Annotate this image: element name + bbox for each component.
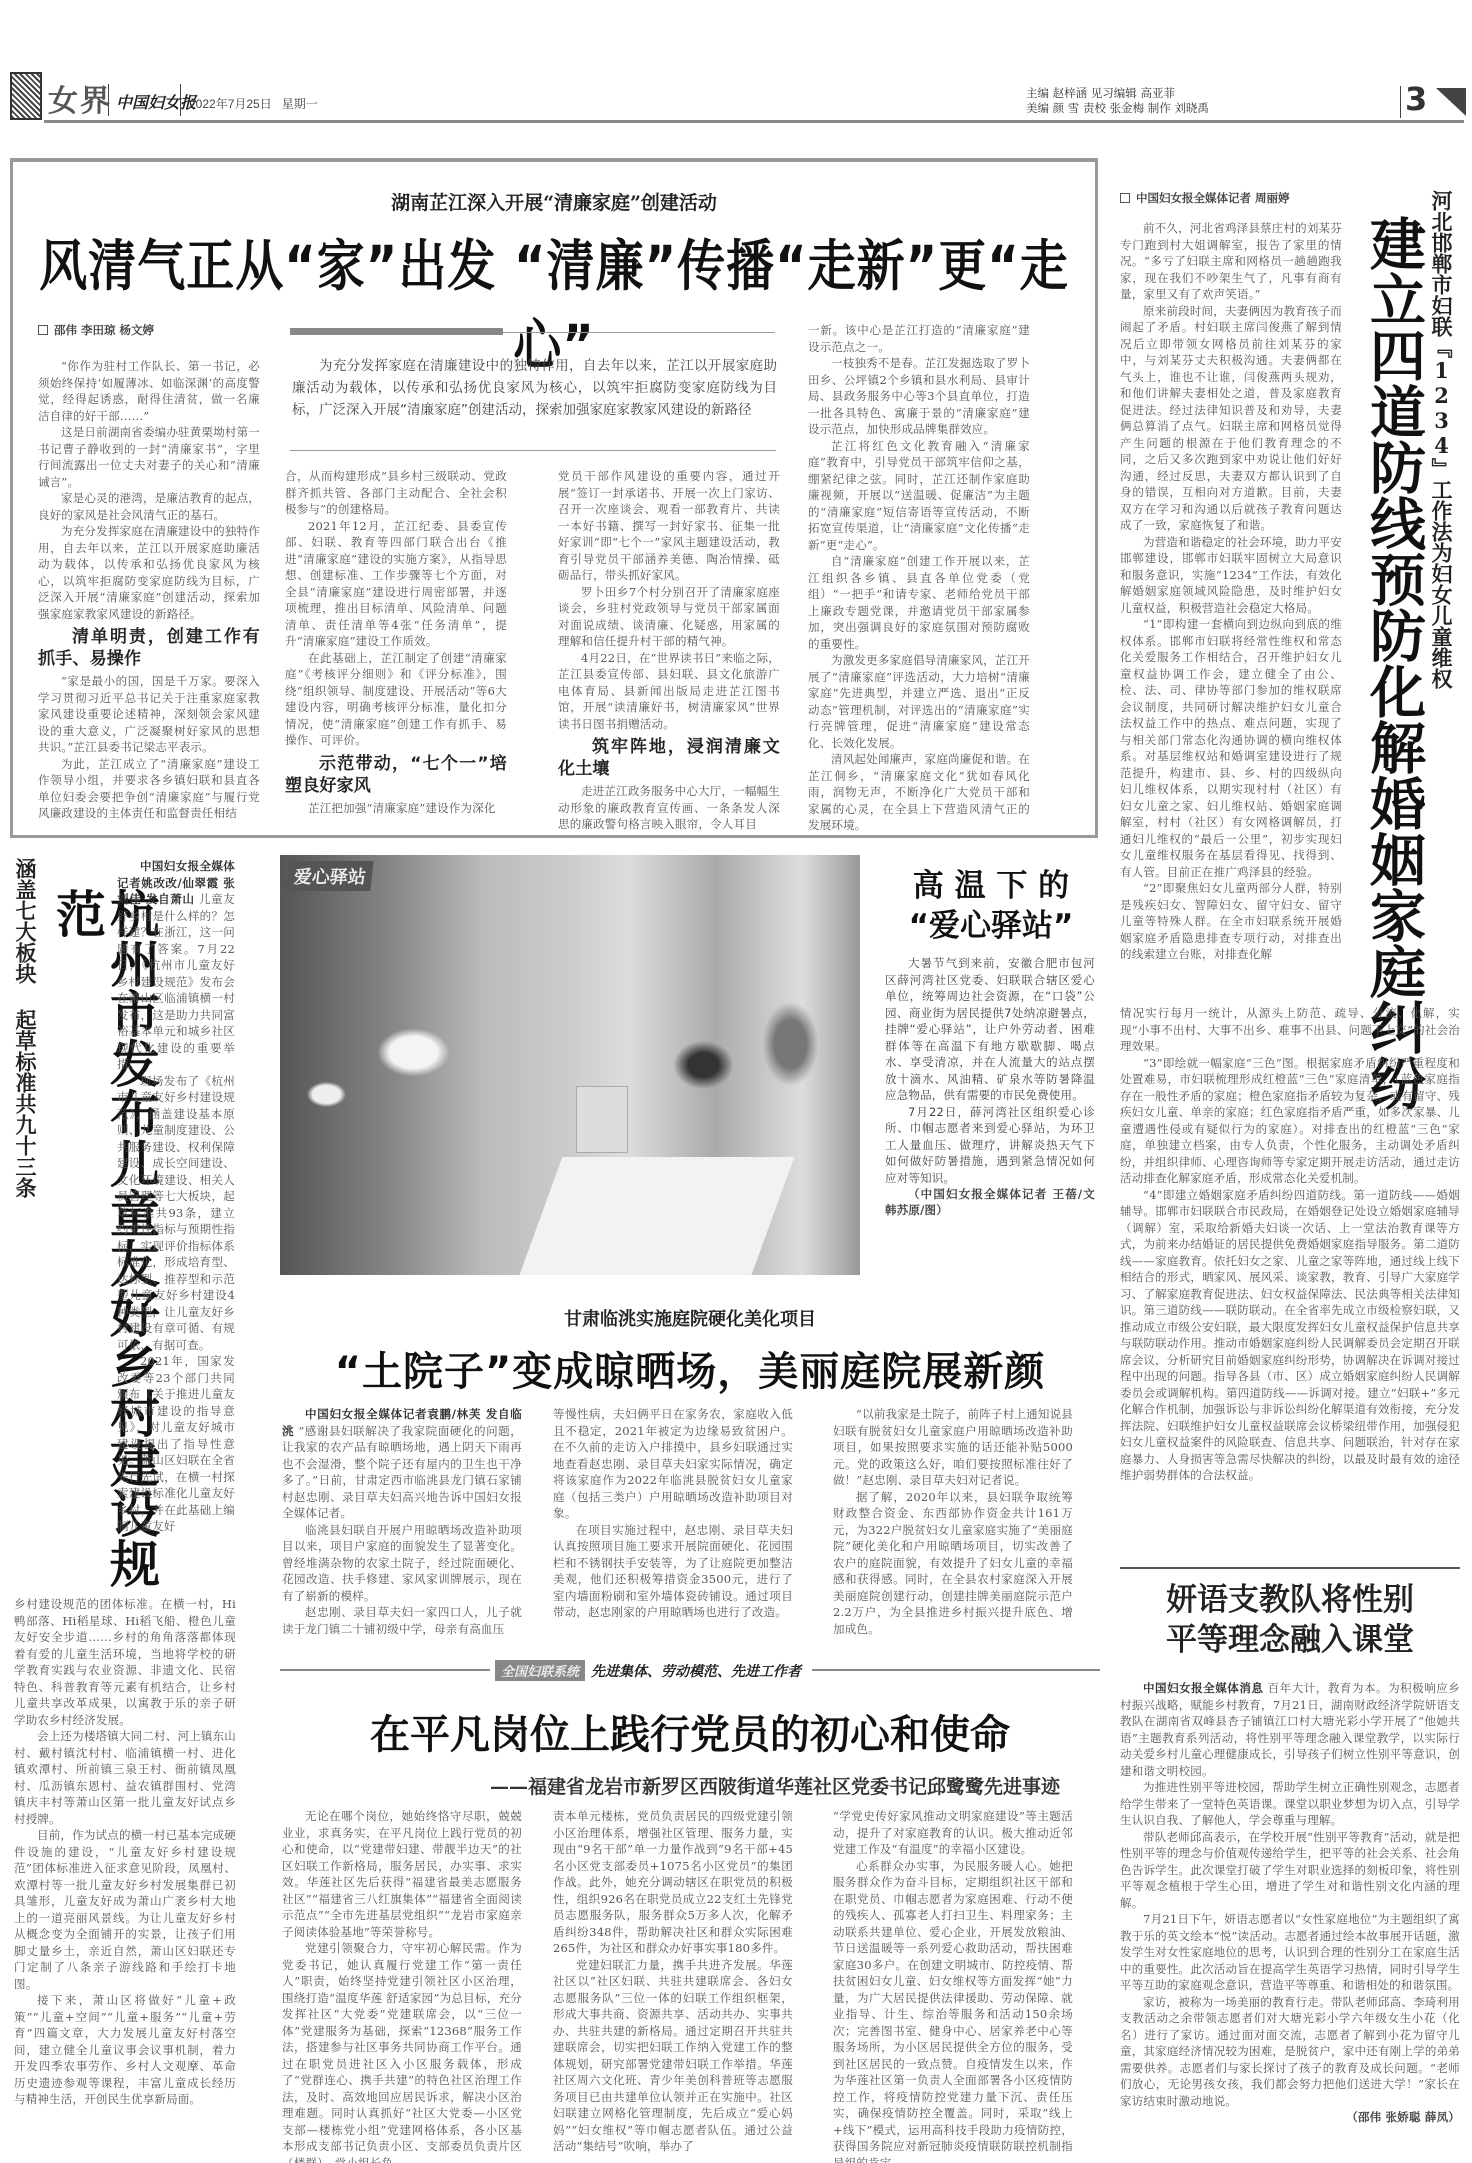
paragraph: 在项目实施过程中，赵忠刚、录目草夫妇认真按照项目施工要求开展院面硬化、花园围栏和… — [553, 1522, 793, 1621]
paragraph: 2021年，国家发改委等23个部门共同颁布《关于推进儿童友好城市建设的指导意见》… — [117, 1353, 235, 1535]
paragraph: 等慢性病，夫妇俩平日在家务农，家庭收入低且不稳定，2021年被定为边缘易致贫困户… — [553, 1406, 793, 1522]
paragraph: 无论在哪个岗位，她始终恪守尽职，兢兢业业，求真务实，在平凡岗位上践行党员的初心和… — [282, 1808, 522, 1940]
byline-text: 邵伟 李田琼 杨文婷 — [54, 323, 154, 337]
article-lianjia-col3: 党员干部作风建设的重要内容，通过开展“签订一封承诺书、开展一次上门家访、召开一次… — [558, 468, 780, 833]
section-rule-right — [812, 1669, 1100, 1671]
paragraph: 乡村建设规范的团体标准。在横一村，Hi鸭部落、Hi稻星球、Hi稻飞船、橙色儿童友… — [14, 1596, 236, 1728]
article-fujian-col3: “学党史传好家风推动文明家庭建设”等主题活动，提升了对家庭教育的认识。极大推动近… — [833, 1808, 1073, 2163]
paragraph: “1”即构建一套横向到边纵向到底的维权体系。邯郸市妇联将经常性维权和常态化关爱服… — [1120, 616, 1342, 880]
paragraph: “以前我家是土院子，前阵子村上通知说县妇联有脱贫妇女儿童家庭户用晾晒场改造补助项… — [833, 1406, 1073, 1489]
masthead-divider — [108, 84, 109, 116]
article-handan-body-wide: 情况实行每月一统计，从源头上防范、疏导、分流、化解，实现“小事不出村、大事不出乡… — [1120, 1005, 1460, 1484]
paragraph: 责本单元楼栋，党员负责居民的四级党建引领小区治理体系，增强社区管理、服务力量，实… — [553, 1808, 793, 1957]
paragraph: 走进芷江政务服务中心大厅，一幅幅生动形象的廉政教育宣传画、一条条发人深思的廉政警… — [558, 783, 780, 833]
paragraph: 为激发更多家庭倡导清廉家风，芷江开展了“清廉家庭”评选活动，大力培树“清廉家庭”… — [808, 652, 1030, 751]
section-title: 先进集体、劳动模范、先进工作者 — [591, 1664, 801, 1680]
article-aixin-headline: 高 温 下 的 “爱心驿站” — [886, 866, 1096, 946]
article-credit: （邵伟 张娇聪 薛凤） — [1120, 2109, 1460, 2125]
paragraph: 赵忠刚、录目草夫妇一家四口人，儿子就读于龙门镇二十铺初级中学，母亲有高血压 — [282, 1604, 522, 1637]
article-yanyu-top-rule — [1120, 1567, 1460, 1569]
article-fujian-headline: 在平凡岗位上践行党员的初心和使命 — [280, 1703, 1100, 1760]
paragraph: 临洮县妇联自开展户用晾晒场改造补助项目以来，项目户家庭的面貌发生了显著变化。曾经… — [282, 1522, 522, 1605]
article-fujian-col2: 责本单元楼栋，党员负责居民的四级党建引领小区治理体系，增强社区管理、服务力量，实… — [553, 1808, 793, 2155]
section-name: 女界 — [48, 76, 112, 120]
paragraph: 家访，被称为一场美丽的教育行走。带队老师邱高、李琦利用支教活动之余带领志愿者们对… — [1120, 1994, 1460, 2110]
paragraph: 2021年12月，芷江纪委、县委宣传部、妇联、教育等四部门联合出台《推进“清廉家… — [285, 518, 507, 650]
page-number: 3 — [1405, 80, 1427, 118]
aixin-station-photo[interactable]: 爱心驿站 — [280, 855, 860, 1275]
section-rule-left — [280, 1669, 490, 1671]
paragraph: 大暑节气到来前，安徽合肥市包河区薛河湾社区党委、妇联联合辖区爱心单位，统筹周边社… — [885, 955, 1095, 1104]
headline-line-1: 高 温 下 的 — [886, 866, 1096, 906]
byline-text: 中国妇女报全媒体记者 周丽婷 — [1136, 191, 1290, 205]
paragraph: 这是日前湖南省委编办驻黄栗坳村第一书记曹子静收到的一封“清廉家书”，字里行间流露… — [38, 424, 260, 490]
qr-code-icon[interactable] — [10, 72, 42, 120]
paragraph: 心系群众办实事，为民服务暖人心。她把服务群众作为奋斗目标，定期组织社区干部和在职… — [833, 1858, 1073, 2163]
paragraph: 党建妇联汇力量，携手共进齐发展。华莲社区以“社区妇联、共驻共建联席会、各妇女志愿… — [553, 1957, 793, 2155]
paragraph: 为此，芷江成立了“清廉家庭”建设工作领导小组，并要求各乡镇妇联和县直各单位妇委会… — [38, 756, 260, 822]
article-hangzhou-body-wide: 乡村建设规范的团体标准。在横一村，Hi鸭部落、Hi稻星球、Hi稻飞船、橙色儿童友… — [14, 1596, 236, 2108]
date-text: 2022年7月25日 — [189, 97, 272, 111]
paragraph: 原来前段时间，夫妻俩因为教育孩子而闹起了矛盾。村妇联主席闫俊燕了解到情况后立即带… — [1120, 303, 1342, 534]
paragraph: 目前，作为试点的横一村已基本完成硬件设施的建设，“儿童友好乡村建设规范”团体标准… — [14, 1827, 236, 1992]
paragraph: “学党史传好家风推动文明家庭建设”等主题活动，提升了对家庭教育的认识。极大推动近… — [833, 1808, 1073, 1858]
summary-top-rule — [503, 332, 775, 333]
paragraph: 现场发布了《杭州市儿童友好乡村建设规范》，涵盖建设基本原则、儿童制度建设、公共服… — [117, 1073, 235, 1354]
paragraph: “3”即绘就一幅家庭“三色”图。根据家庭矛盾纠纷严重程度和处置难易，市妇联梳理形… — [1120, 1055, 1460, 1187]
article-fujian-subheadline: ——福建省龙岩市新罗区西陂街道华莲社区党委书记邱鹭鹭先进事迹 — [400, 1772, 1100, 1799]
article-lianjia-col1: “你作为驻村工作队长、第一书记，必须始终保持‘如履薄冰、如临深渊’的高度警觉，经… — [38, 358, 260, 822]
article-gansu-kicker: 甘肃临洮实施庭院硬化美化项目 — [280, 1305, 1100, 1331]
paragraph: “家是最小的国，国是千万家。要深入学习贯彻习近平总书记关于注重家庭家教家风建设重… — [38, 673, 260, 756]
masthead-rule — [44, 120, 1464, 123]
article-gansu-col3: “以前我家是土院子，前阵子村上通知说县妇联有脱贫妇女儿童家庭户用晾晒场改造补助项… — [833, 1406, 1073, 1637]
paragraph: 芷江将红色文化教育融入“清廉家庭”教育中，引导党员干部筑牢信仰之基，绷紧纪律之弦… — [808, 438, 1030, 554]
paragraph: 合，从而构建形成“县乡村三级联动、党政群齐抓共管、各部门主动配合、全社会积极参与… — [285, 468, 507, 518]
article-lianjia-byline: 邵伟 李田琼 杨文婷 — [38, 322, 154, 338]
summary-top-bar — [290, 328, 503, 335]
paragraph: 为推进性别平等进校园，帮助学生树立正确性别观念，志愿者给学生带来了一堂特色英语课… — [1120, 1779, 1460, 1829]
photo-sign-text: 爱心驿站 — [286, 861, 373, 891]
article-handan-byline: 中国妇女报全媒体记者 周丽婷 — [1120, 190, 1290, 206]
section-tag: 全国妇联系统 — [495, 1660, 585, 1681]
paragraph: 7月22日，薛河湾社区组织爱心诊所、巾帼志愿者来到爱心驿站，为环卫工人量血压、做… — [885, 1104, 1095, 1187]
paragraph: 一新。该中心是芷江打造的“清廉家庭”建设示范点之一。 — [808, 322, 1030, 355]
article-hangzhou-kicker: 涵盖七大板块 起草标准共九十三条 — [12, 858, 38, 1278]
credits-line-2: 美编 颜 雪 责校 张金梅 制作 刘晓禹 — [1026, 101, 1209, 116]
photo-table — [520, 1157, 795, 1275]
masthead-divider — [180, 84, 181, 116]
paragraph: “4”即建立婚姻家庭矛盾纠纷四道防线。第一道防线——婚姻辅导。邯郸市妇联联合市民… — [1120, 1187, 1460, 1484]
paragraph: 党员干部作风建设的重要内容，通过开展“签订一封承诺书、开展一次上门家访、召开一次… — [558, 468, 780, 584]
paragraph: 罗卜田乡7个村分别召开了清廉家庭座谈会，乡驻村党政领导与党员干部家属面对面说成绩… — [558, 584, 780, 650]
credits-line-1: 主编 赵梓涵 见习编辑 高亚菲 — [1026, 86, 1209, 101]
page-corner-triangle-icon — [1436, 88, 1466, 116]
article-handan-body-narrow: 前不久，河北省鸡泽县蔡庄村的刘某芬专门跑到村大姐调解室，报告了家里的情况。“多亏… — [1120, 220, 1342, 963]
paragraph: 自“清廉家庭”创建工作开展以来，芷江组织各乡镇、县直各单位党委（党组）“一把手”… — [808, 553, 1030, 652]
photo-credit: （中国妇女报全媒体记者 王蓓/文 韩苏原/图） — [885, 1186, 1095, 1218]
page-num-divider — [1400, 86, 1401, 118]
paragraph: 4月22日，在“世界读书日”来临之际，芷江县委宣传部、县妇联、县文化旅游广电体育… — [558, 650, 780, 733]
headline-line-1: 妍语支教队将性别 — [1120, 1580, 1460, 1620]
paragraph-text: 儿童友好乡村是什么样的？怎样建？在浙江，这一问题有了答案。7月22日，《杭州市儿… — [117, 892, 235, 1071]
paragraph: 清风起处闻廉声，家庭尚廉促和谐。在芷江侗乡，“清廉家庭文化”犹如春风化雨，润物无… — [808, 751, 1030, 834]
paragraph-text: 百年大计，教育为本。为积极响应乡村振兴战略，赋能乡村教育，7月21日，湖南财政经… — [1120, 1681, 1460, 1778]
article-lianjia-kicker: 湖南芷江深入开展“清廉家庭”创建活动 — [10, 188, 1098, 215]
paragraph: 接下来，萧山区将做好“儿童+政策”“儿童+空间”“儿童+服务”“儿童+劳育”四篇… — [14, 1992, 236, 2108]
photo-blood-pressure-box — [576, 1086, 628, 1153]
subheading: 筑牢阵地，浸润清廉文化土壤 — [558, 736, 780, 780]
subheading: 清单明责，创建工作有抓手、易操作 — [38, 626, 260, 670]
paragraph: 7月21日下午，妍语志愿者以“女性家庭地位”为主题组织了寓教于乐的英文绘本“悦”… — [1120, 1911, 1460, 1994]
paragraph: 情况实行每月一统计，从源头上防范、疏导、分流、化解，实现“小事不出村、大事不出乡… — [1120, 1005, 1460, 1055]
paragraph: 党建引领聚合力，守牢初心解民需。作为党委书记，她认真履行党建工作“第一责任人”职… — [282, 1940, 522, 2163]
editor-credits: 主编 赵梓涵 见习编辑 高亚菲 美编 颜 雪 责校 张金梅 制作 刘晓禹 — [1026, 86, 1209, 116]
subheading: 示范带动，“七个一”培塑良好家风 — [285, 753, 507, 797]
article-handan-kicker: 河北邯郸市妇联『1234』工作法为妇女儿童维权 — [1428, 190, 1454, 690]
paper-logo: 中国妇女报 — [116, 90, 196, 113]
article-lianjia-col2: 合，从而构建形成“县乡村三级联动、党政群齐抓共管、各部门主动配合、全社会积极参与… — [285, 468, 507, 816]
paragraph: 在此基础上，芷江制定了创建“清廉家庭”《考核评分细则》和《评分标准》，围绕“组织… — [285, 650, 507, 749]
headline-line-2: “爱心驿站” — [886, 906, 1096, 946]
article-hangzhou-body-narrow: 中国妇女报全媒体记者姚改改/仙翠霞 张刘佳 发自萧山 儿童友好乡村是什么样的？怎… — [117, 858, 235, 1535]
article-gansu-col1: 中国妇女报全媒体记者袁鹏/林芙 发自临洮 “感谢县妇联解决了我家院面硬化的问题，… — [282, 1406, 522, 1637]
weekday-text: 星期一 — [282, 97, 318, 111]
paragraph: 中国妇女报全媒体记者姚改改/仙翠霞 张刘佳 发自萧山 儿童友好乡村是什么样的？怎… — [117, 858, 235, 1073]
paragraph: 一枝独秀不是春。芷江发掘选取了罗卜田乡、公坪镇2个乡镇和县水利局、县审计局、县政… — [808, 355, 1030, 438]
paragraph-text: “感谢县妇联解决了我家院面硬化的问题，让我家的农产品有晾晒场地，遇上阴天下雨再也… — [282, 1424, 522, 1521]
byline-box-icon — [38, 325, 48, 335]
paragraph: “你作为驻村工作队长、第一书记，必须始终保持‘如履薄冰、如临深渊’的高度警觉，经… — [38, 358, 260, 424]
article-gansu-col2: 等慢性病，夫妇俩平日在家务农，家庭收入低且不稳定，2021年被定为边缘易致贫困户… — [553, 1406, 793, 1621]
paragraph: 带队老师邱高表示，在学校开展“性别平等教育”活动，就是把性别平等的理念与价值观传… — [1120, 1829, 1460, 1912]
paragraph: 中国妇女报全媒体消息 百年大计，教育为本。为积极响应乡村振兴战略，赋能乡村教育，… — [1120, 1680, 1460, 1779]
article-yanyu-body: 中国妇女报全媒体消息 百年大计，教育为本。为积极响应乡村振兴战略，赋能乡村教育，… — [1120, 1680, 1460, 2125]
byline-box-icon — [1120, 193, 1130, 203]
paragraph: 为营造和谐稳定的社会环境，助力平安邯郸建设，邯郸市妇联牢固树立大局意识和服务意识… — [1120, 534, 1342, 617]
article-lianjia-summary: 为充分发挥家庭在清廉建设中的独特作用，自去年以来，芷江以开展家庭助廉活动为载体，… — [292, 355, 777, 421]
paragraph: 前不久，河北省鸡泽县蔡庄村的刘某芬专门跑到村大姐调解室，报告了家里的情况。“多亏… — [1120, 220, 1342, 303]
article-gansu-headline: “土院子”变成晾晒场，美丽庭院展新颜 — [280, 1340, 1100, 1397]
paragraph: 会上还为楼塔镇大同二村、河上镇东山村、戴村镇沈村村、临浦镇横一村、进化镇欢潭村、… — [14, 1728, 236, 1827]
article-yanyu-headline: 妍语支教队将性别 平等理念融入课堂 — [1120, 1580, 1460, 1660]
summary-bottom-rule — [290, 450, 776, 451]
section-banner: 全国妇联系统先进集体、劳动模范、先进工作者 — [495, 1660, 801, 1681]
paragraph: 芷江把加强“清廉家庭”建设作为深化 — [285, 800, 507, 817]
article-lianjia-col4: 一新。该中心是芷江打造的“清廉家庭”建设示范点之一。 一枝独秀不是春。芷江发掘选… — [808, 322, 1030, 834]
paragraph: 家是心灵的港湾，是廉洁教育的起点，良好的家风是社会风清气正的基石。 — [38, 490, 260, 523]
article-aixin-body: 大暑节气到来前，安徽合肥市包河区薛河湾社区党委、妇联联合辖区爱心单位，统筹周边社… — [885, 955, 1095, 1218]
paragraph: 据了解，2020年以来，县妇联争取统筹财政整合资金、东西部协作资金共计161万元… — [833, 1489, 1073, 1638]
paragraph: 中国妇女报全媒体记者袁鹏/林芙 发自临洮 “感谢县妇联解决了我家院面硬化的问题，… — [282, 1406, 522, 1522]
headline-line-2: 平等理念融入课堂 — [1120, 1620, 1460, 1660]
issue-date: 2022年7月25日 星期一 — [189, 95, 318, 112]
dateline: 中国妇女报全媒体消息 — [1143, 1681, 1263, 1695]
paragraph: 为充分发挥家庭在清廉建设中的独特作用，自去年以来，芷江以开展家庭助廉活动为载体，… — [38, 523, 260, 622]
article-fujian-col1: 无论在哪个岗位，她始终恪守尽职，兢兢业业，求真务实，在平凡岗位上践行党员的初心和… — [282, 1808, 522, 2163]
paragraph: “2”即聚焦妇女儿童两部分人群，特别是残疾妇女、智障妇女、留守妇女、留守儿童等特… — [1120, 880, 1342, 963]
